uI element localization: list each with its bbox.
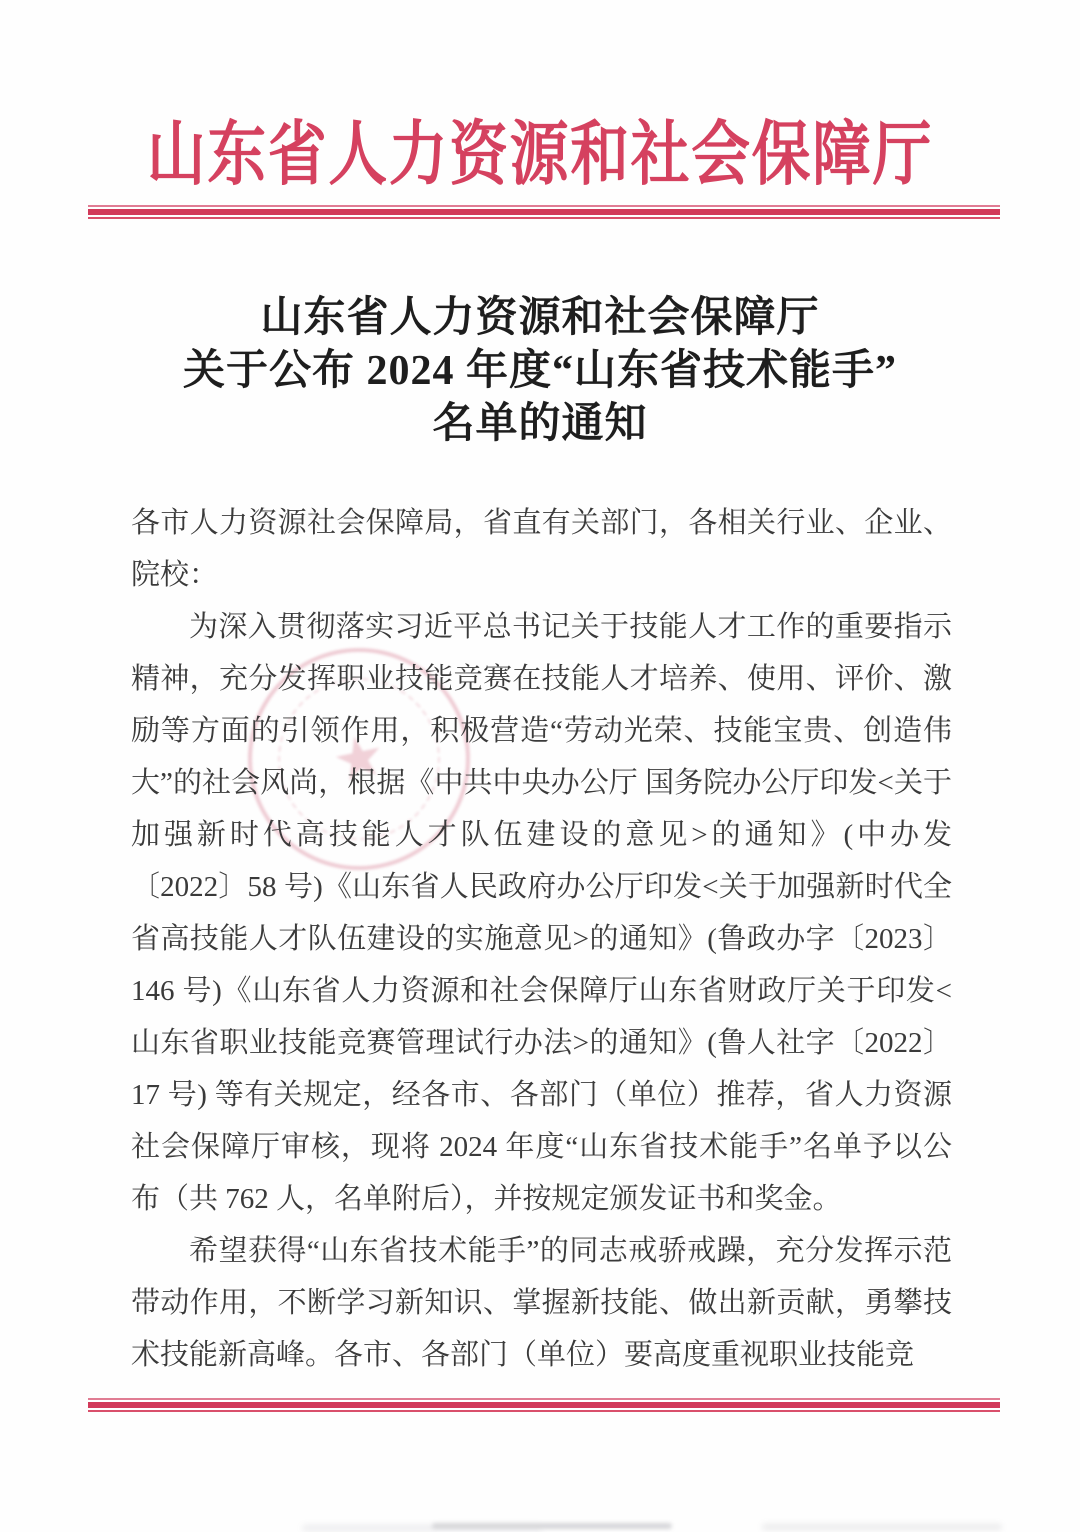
document-title-line-1: 山东省人力资源和社会保障厅 bbox=[0, 292, 1080, 345]
next-line-cutoff-fragment bbox=[432, 1523, 672, 1529]
document-body: 各市人力资源社会保障局，省直有关部门，各相关行业、企业、院校： 为深入贯彻落实习… bbox=[131, 497, 952, 1381]
agency-name: 山东省人力资源和社会保障厅 bbox=[147, 116, 933, 196]
paragraph-closing: 希望获得“山东省技术能手”的同志戒骄戒躁，充分发挥示范带动作用，不断学习新知识、… bbox=[131, 1225, 952, 1381]
letterhead-divider-line bbox=[88, 205, 1000, 219]
document-page: 山东省人力资源和社会保障厅 山东省人力资源和社会保障厅 关于公布 2024 年度… bbox=[0, 0, 1080, 1532]
agency-letterhead: 山东省人力资源和社会保障厅 bbox=[0, 116, 1080, 214]
paragraph-main: 为深入贯彻落实习近平总书记关于技能人才工作的重要指示精神，充分发挥职业技能竞赛在… bbox=[131, 601, 952, 1225]
footer-divider-line bbox=[88, 1398, 1000, 1412]
document-title: 山东省人力资源和社会保障厅 关于公布 2024 年度“山东省技术能手” 名单的通… bbox=[0, 292, 1080, 451]
document-title-line-3: 名单的通知 bbox=[0, 398, 1080, 451]
salutation: 各市人力资源社会保障局，省直有关部门，各相关行业、企业、院校： bbox=[131, 497, 952, 601]
document-title-line-2: 关于公布 2024 年度“山东省技术能手” bbox=[0, 345, 1080, 398]
